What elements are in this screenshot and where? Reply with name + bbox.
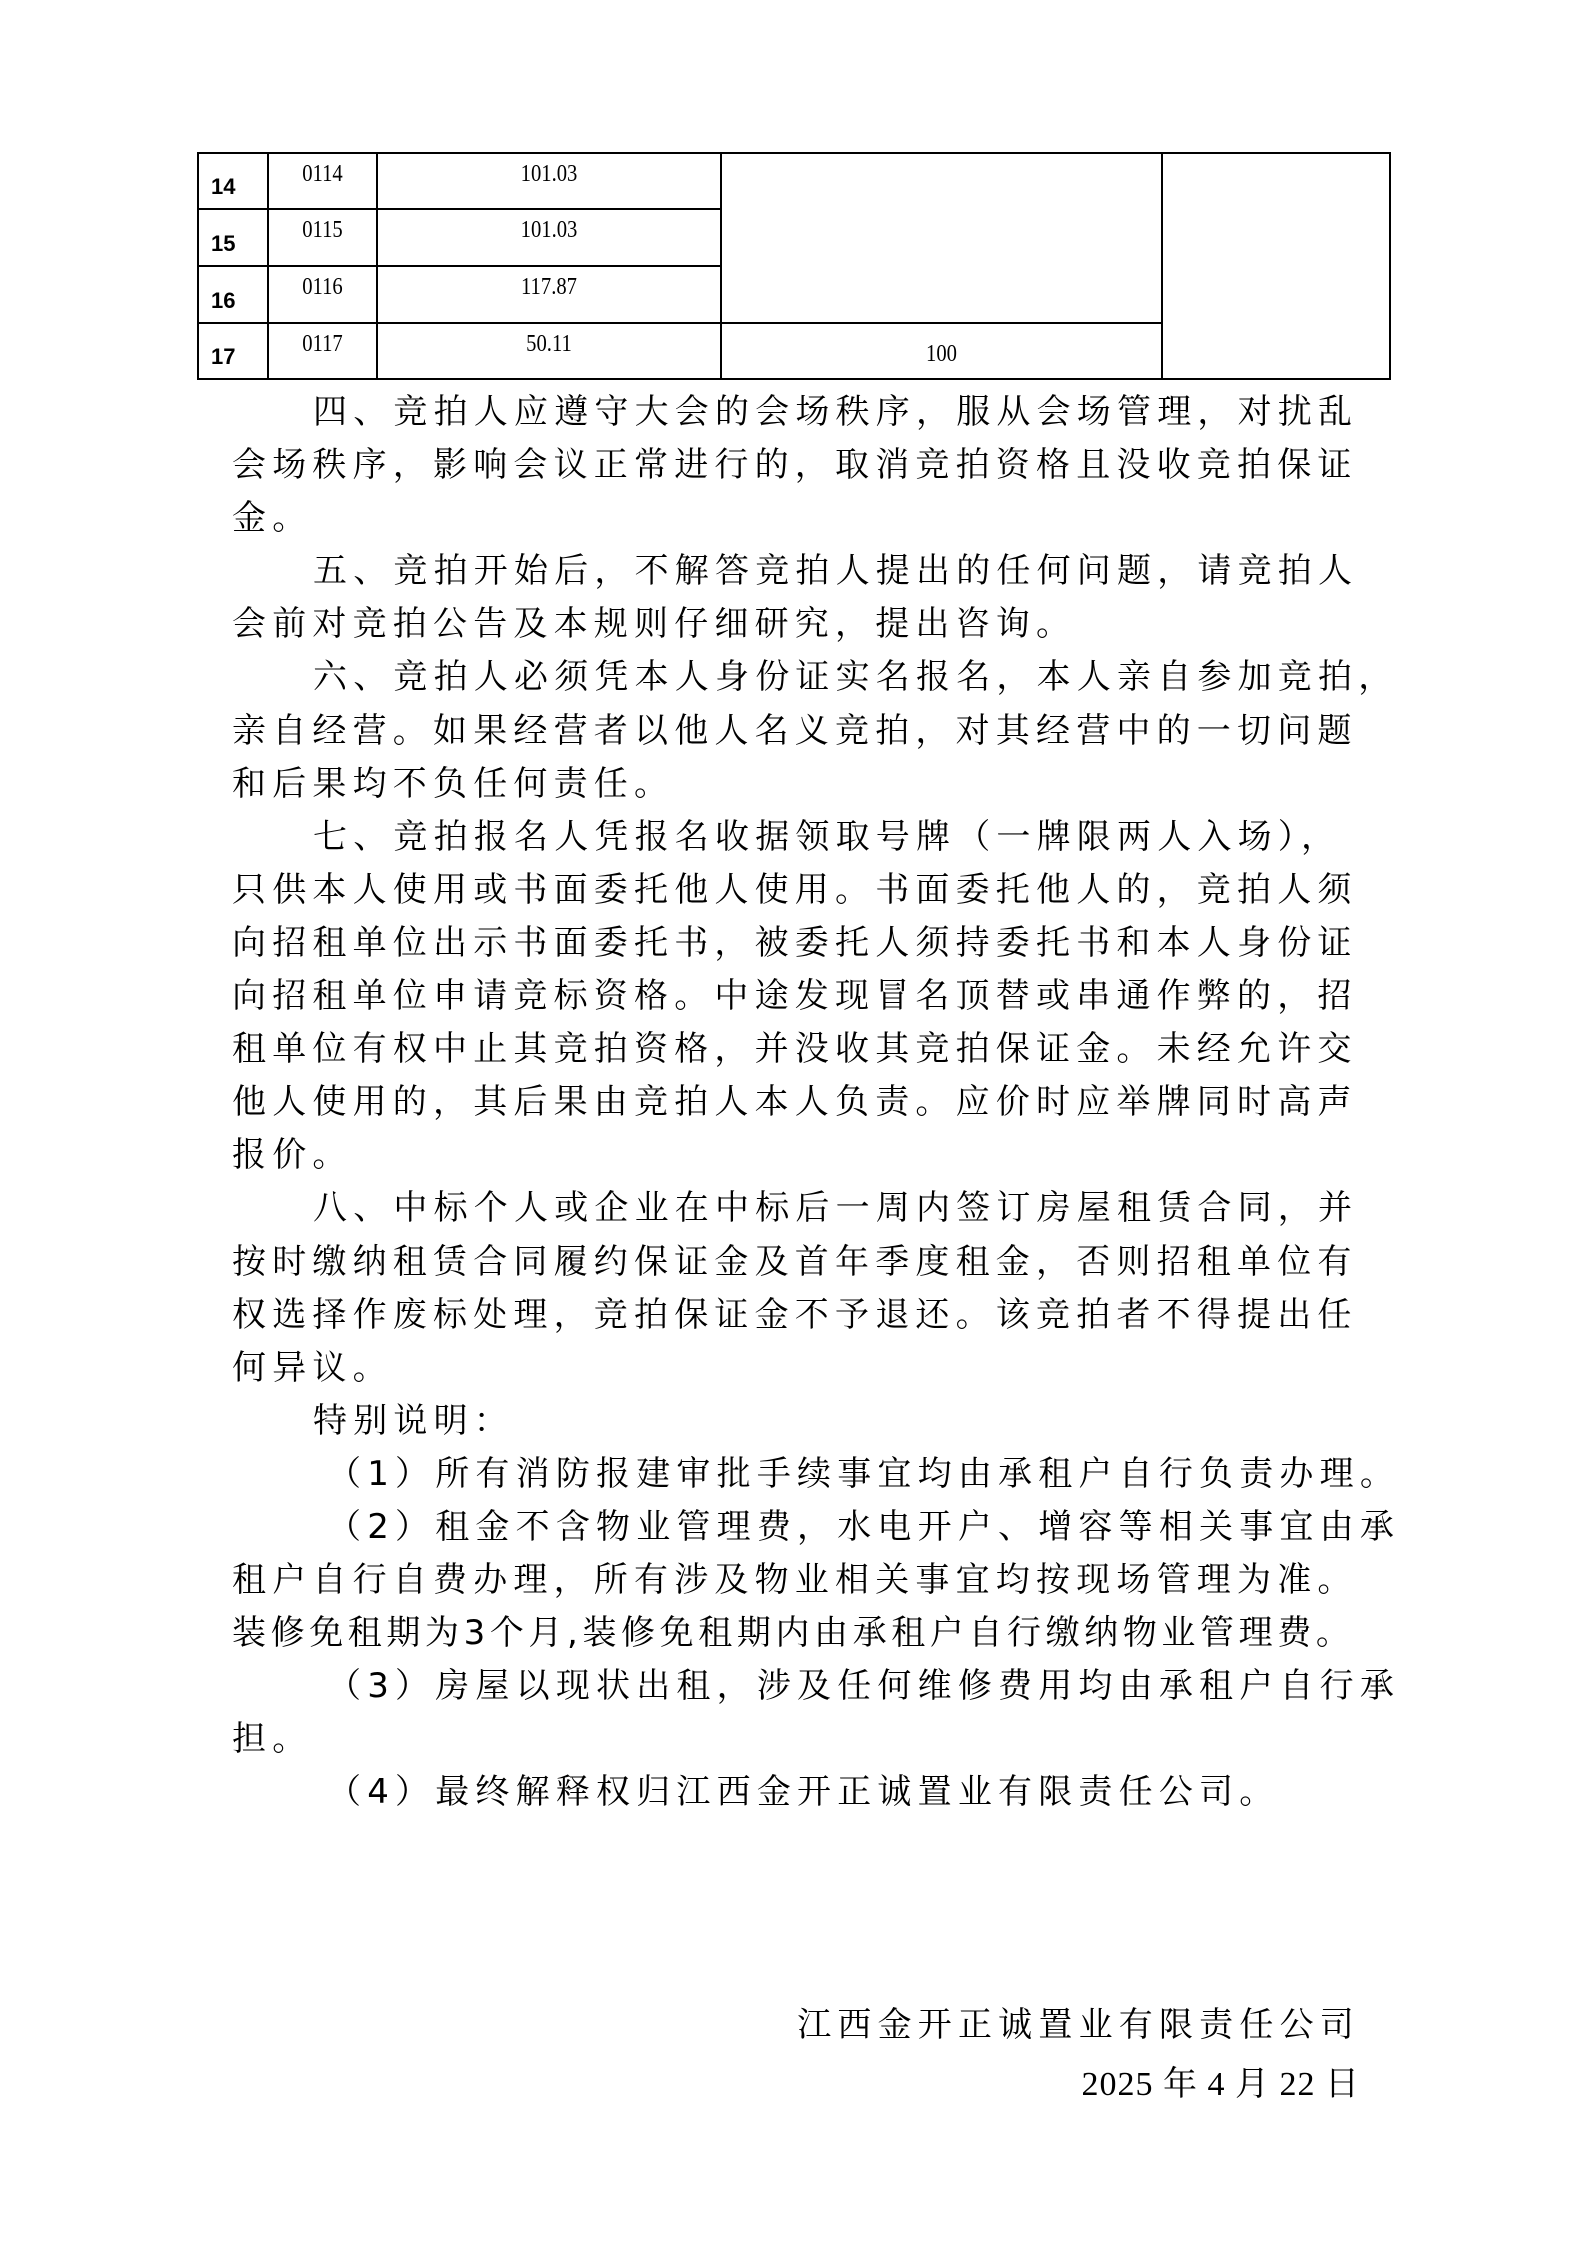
col-divider xyxy=(1161,152,1163,380)
row-number: 16 xyxy=(211,290,235,312)
row-number: 15 xyxy=(211,233,235,255)
rule-8-line: 何异议。 xyxy=(232,1342,1372,1395)
rule-4-line: 四、竞拍人应遵守大会的会场秩序，服从会场管理，对扰乱 xyxy=(232,386,1372,439)
table-border-right xyxy=(1389,152,1391,380)
row-number: 17 xyxy=(211,346,235,368)
lot-code: 0114 xyxy=(276,154,368,194)
lot-code: 0115 xyxy=(276,210,368,250)
note-2-line: 租户自行自费办理，所有涉及物业相关事宜均按现场管理为准。 xyxy=(232,1554,1372,1607)
special-notes-heading: 特别说明： xyxy=(232,1395,1372,1448)
rule-7-line: 他人使用的，其后果由竞拍人本人负责。应价时应举牌同时高声 xyxy=(232,1076,1372,1129)
lot-area: 101.03 xyxy=(402,210,696,250)
col-divider xyxy=(376,152,378,380)
rule-8-line: 八、中标个人或企业在中标后一周内签订房屋租赁合同，并 xyxy=(232,1182,1372,1235)
rule-6-line: 亲自经营。如果经营者以他人名义竞拍，对其经营中的一切问题 xyxy=(232,705,1372,758)
lot-area: 101.03 xyxy=(402,154,696,194)
rule-7-line: 向招租单位申请竞标资格。中途发现冒名顶替或串通作弊的，招 xyxy=(232,970,1372,1023)
note-3-line: 担。 xyxy=(232,1713,1372,1766)
rule-5-line: 会前对竞拍公告及本规则仔细研究，提出咨询。 xyxy=(232,598,1372,651)
table-border-left xyxy=(197,152,199,380)
signature-date: 2025 年 4 月 22 日 xyxy=(1082,2068,1361,2102)
row-number: 14 xyxy=(211,176,235,198)
rule-7-line: 报价。 xyxy=(232,1129,1372,1182)
lot-code: 0117 xyxy=(276,324,368,364)
rule-7-line: 向招租单位出示书面委托书，被委托人须持委托书和本人身份证 xyxy=(232,917,1372,970)
rule-8-line: 按时缴纳租赁合同履约保证金及首年季度租金，否则招租单位有 xyxy=(232,1236,1372,1289)
lot-table: 14 0114 101.03 15 0115 101.03 16 0116 11… xyxy=(197,152,1391,380)
signature-company: 江西金开正诚置业有限责任公司 xyxy=(797,2008,1360,2042)
note-1-line: （1）所有消防报建审批手续事宜均由承租户自行负责办理。 xyxy=(232,1448,1372,1501)
note-2-line: 装修免租期为3个月,装修免租期内由承租户自行缴纳物业管理费。 xyxy=(232,1607,1372,1660)
lot-area: 50.11 xyxy=(402,324,696,364)
rule-4-line: 金。 xyxy=(232,492,1372,545)
rule-7-line: 七、竞拍报名人凭报名收据领取号牌（一牌限两人入场）， xyxy=(232,811,1372,864)
rule-8-line: 权选择作废标处理，竞拍保证金不予退还。该竞拍者不得提出任 xyxy=(232,1289,1372,1342)
rule-6-line: 和后果均不负任何责任。 xyxy=(232,758,1372,811)
deposit-amount: 100 xyxy=(753,334,1131,374)
rule-7-line: 只供本人使用或书面委托他人使用。书面委托他人的，竞拍人须 xyxy=(232,864,1372,917)
rule-7-line: 租单位有权中止其竞拍资格，并没收其竞拍保证金。未经允许交 xyxy=(232,1023,1372,1076)
lot-code: 0116 xyxy=(276,267,368,307)
note-3-line: （3）房屋以现状出租，涉及任何维修费用均由承租户自行承 xyxy=(232,1660,1372,1713)
col-divider xyxy=(267,152,269,380)
note-4-line: （4）最终解释权归江西金开正诚置业有限责任公司。 xyxy=(232,1766,1372,1819)
rule-5-line: 五、竞拍开始后，不解答竞拍人提出的任何问题，请竞拍人 xyxy=(232,545,1372,598)
rule-6-line: 六、竞拍人必须凭本人身份证实名报名，本人亲自参加竞拍， xyxy=(232,651,1372,704)
lot-area: 117.87 xyxy=(402,267,696,307)
rules-body: 四、竞拍人应遵守大会的会场秩序，服从会场管理，对扰乱 会场秩序，影响会议正常进行… xyxy=(232,386,1372,1820)
col-divider xyxy=(720,152,722,380)
rule-4-line: 会场秩序，影响会议正常进行的，取消竞拍资格且没收竞拍保证 xyxy=(232,439,1372,492)
note-2-line: （2）租金不含物业管理费，水电开户、增容等相关事宜由承 xyxy=(232,1501,1372,1554)
